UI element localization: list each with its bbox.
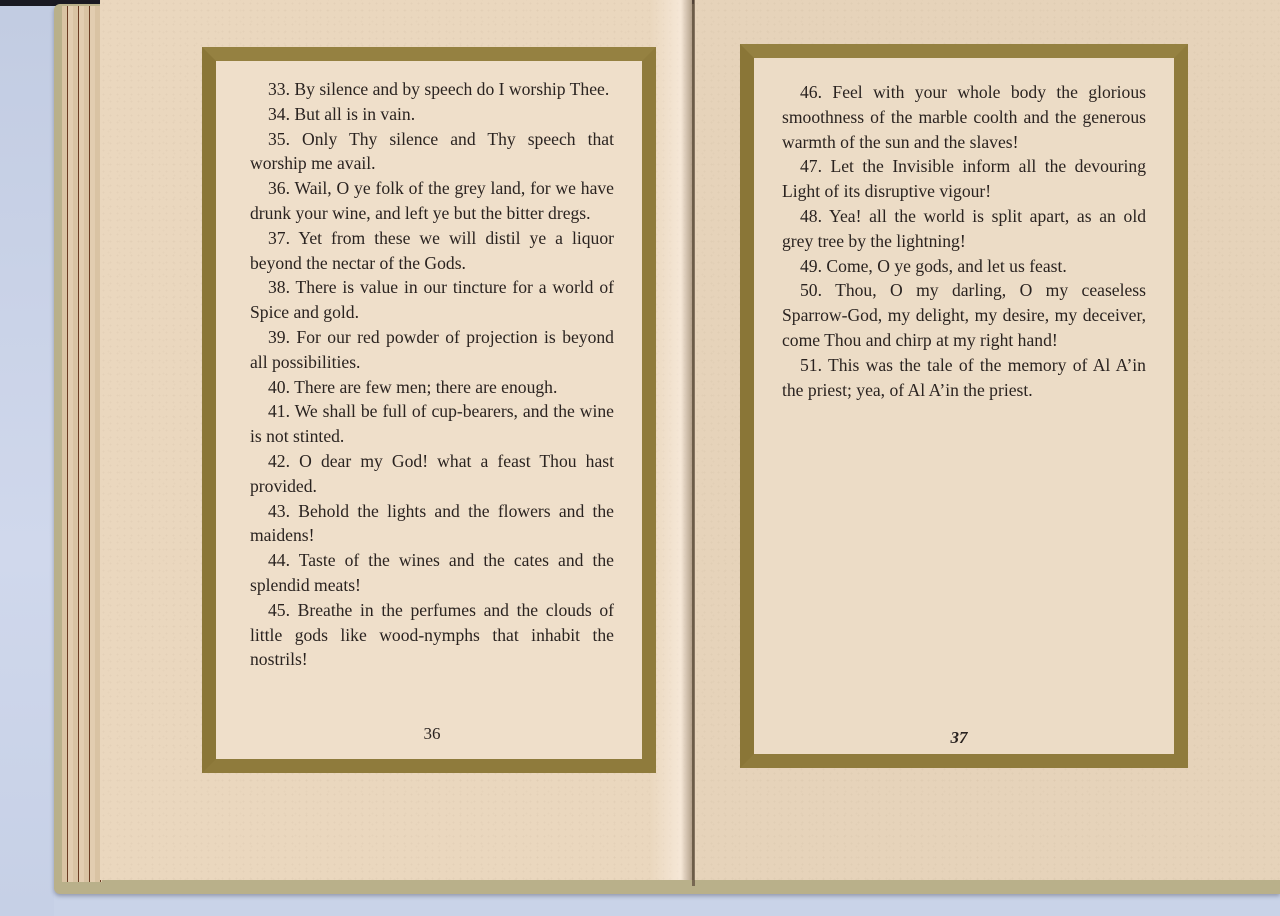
verse: 39. For our red powder of projection is …: [250, 325, 614, 375]
verse: 46. Feel with your whole body the glorio…: [782, 80, 1146, 154]
verse: 50. Thou, O my darling, O my ceaseless S…: [782, 278, 1146, 352]
verse: 36. Wail, O ye folk of the grey land, fo…: [250, 176, 614, 226]
right-page-text: 46. Feel with your whole body the glorio…: [782, 80, 1146, 402]
verse: 51. This was the tale of the memory of A…: [782, 353, 1146, 403]
verse: 37. Yet from these we will distil ye a l…: [250, 226, 614, 276]
verse: 48. Yea! all the world is split apart, a…: [782, 204, 1146, 254]
verse: 43. Behold the lights and the flowers an…: [250, 499, 614, 549]
verse: 42. O dear my God! what a feast Thou has…: [250, 449, 614, 499]
book-spine-gutter: [692, 0, 695, 886]
verse: 44. Taste of the wines and the cates and…: [250, 548, 614, 598]
scan-background: [0, 6, 54, 916]
verse: 34. But all is in vain.: [250, 102, 614, 127]
verse: 41. We shall be full of cup-bearers, and…: [250, 399, 614, 449]
verse: 35. Only Thy silence and Thy speech that…: [250, 127, 614, 177]
page-edges: [62, 6, 102, 882]
verse: 49. Come, O ye gods, and let us feast.: [782, 254, 1146, 279]
page-number-left: 36: [402, 724, 462, 744]
gutter-shadow: [650, 0, 694, 880]
page-number-right: 37: [929, 728, 989, 748]
verse: 45. Breathe in the perfumes and the clou…: [250, 598, 614, 672]
verse: 38. There is value in our tincture for a…: [250, 275, 614, 325]
verse: 40. There are few men; there are enough.: [250, 375, 614, 400]
verse: 33. By silence and by speech do I worshi…: [250, 77, 614, 102]
left-page-text: 33. By silence and by speech do I worshi…: [250, 77, 614, 672]
verse: 47. Let the Invisible inform all the dev…: [782, 154, 1146, 204]
